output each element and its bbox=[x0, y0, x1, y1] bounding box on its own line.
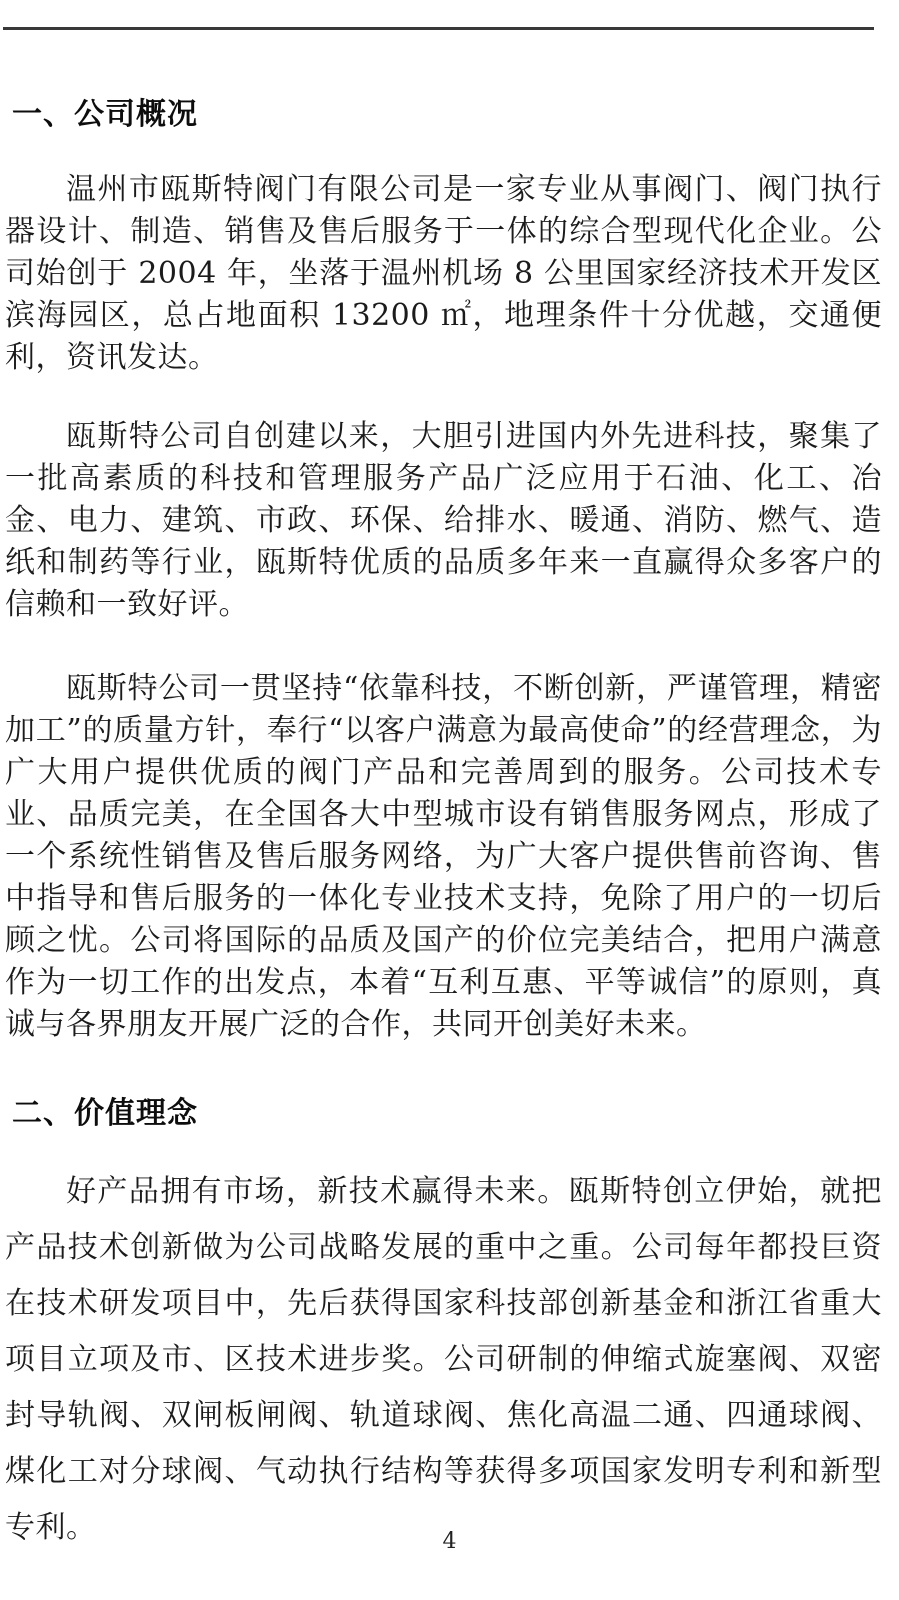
paragraph-value-innovation: 好产品拥有市场，新技术赢得未来。瓯斯特创立伊始，就把产品技术创新做为公司战略发展… bbox=[5, 1164, 882, 1556]
paragraph-company-intro: 温州市瓯斯特阀门有限公司是一家专业从事阀门、阀门执行器设计、制造、销售及售后服务… bbox=[5, 169, 882, 379]
document-page: 一、公司概况 温州市瓯斯特阀门有限公司是一家专业从事阀门、阀门执行器设计、制造、… bbox=[0, 0, 899, 1600]
paragraph-company-technology: 瓯斯特公司自创建以来，大胆引进国内外先进科技，聚集了一批高素质的科技和管理服务产… bbox=[5, 416, 882, 626]
section-heading-company-overview: 一、公司概况 bbox=[12, 97, 882, 133]
header-rule bbox=[3, 27, 874, 30]
paragraph-company-quality-policy: 瓯斯特公司一贯坚持“依靠科技，不断创新，严谨管理，精密加工”的质量方针，奉行“以… bbox=[5, 668, 882, 1046]
section-heading-value-philosophy: 二、价值理念 bbox=[12, 1096, 882, 1132]
page-number: 4 bbox=[0, 1529, 899, 1555]
